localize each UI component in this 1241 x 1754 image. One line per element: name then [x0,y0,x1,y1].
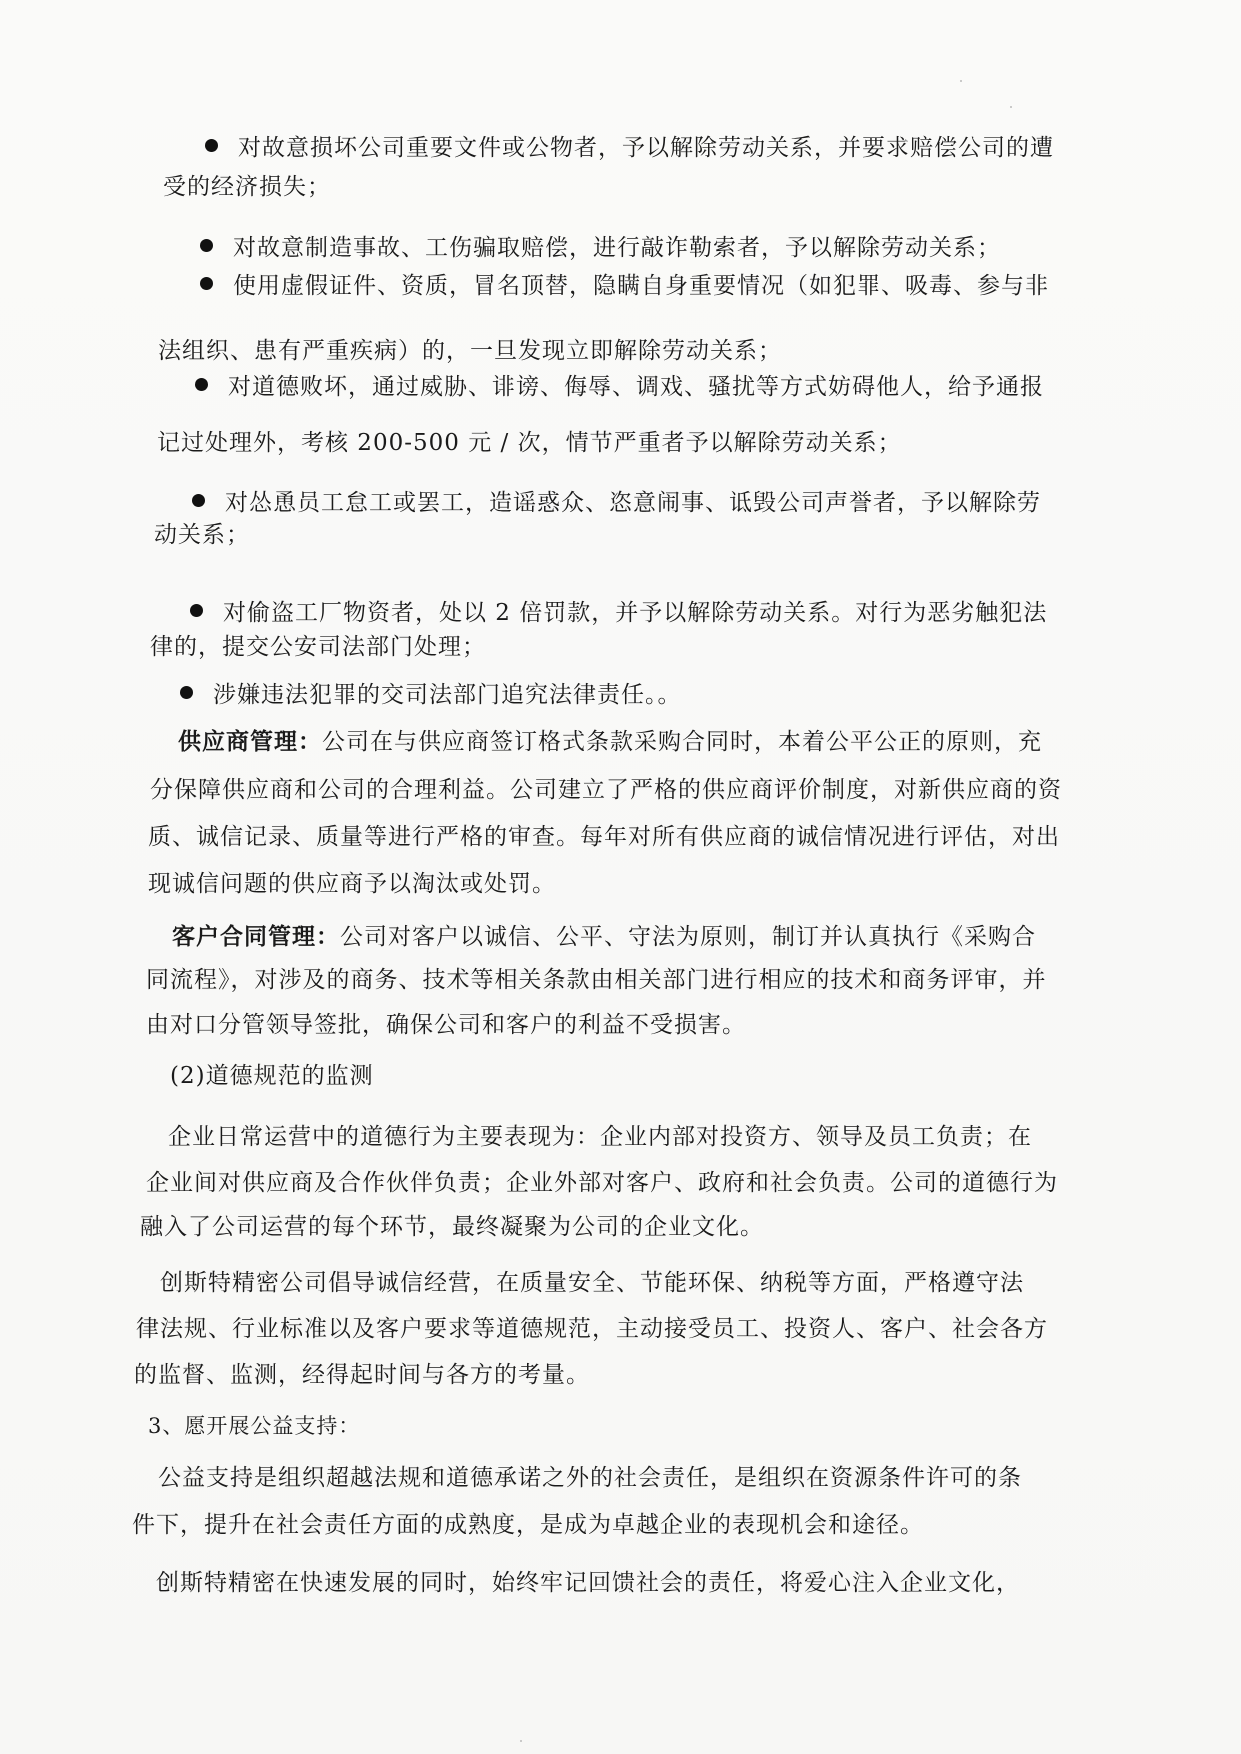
supplier-paragraph: 供应商管理：公司在与供应商签订格式条款采购合同时，本着公平公正的原则，充 [178,727,1042,757]
bullet-icon [195,378,208,391]
text-line: 分保障供应商和公司的合理利益。公司建立了严格的供应商评价制度，对新供应商的资 [150,775,1062,805]
text-line: 件下，提升在社会责任方面的成熟度，是成为卓越企业的表现机会和途径。 [132,1510,924,1540]
bullet-item: 对故意损坏公司重要文件或公物者，予以解除劳动关系，并要求赔偿公司的遭 [205,133,1054,163]
text-line: 对怂恿员工怠工或罢工，造谣惑众、恣意闹事、诋毁公司声誉者，予以解除劳 [225,490,1041,516]
text-line: 企业日常运营中的道德行为主要表现为：企业内部对投资方、领导及员工负责；在 [168,1122,1032,1152]
text-line: 公司对客户以诚信、公平、守法为原则，制订并认真执行《采购合 [340,924,1036,950]
text-line: 对故意损坏公司重要文件或公物者，予以解除劳动关系，并要求赔偿公司的遭 [238,135,1054,161]
bullet-icon [192,494,205,507]
bullet-icon [190,604,203,617]
section-heading: (2)道德规范的监测 [170,1061,374,1091]
text-line: 现诚信问题的供应商予以淘汰或处罚。 [148,869,556,899]
text-line: 受的经济损失； [163,172,331,202]
customer-paragraph: 客户合同管理：公司对客户以诚信、公平、守法为原则，制订并认真执行《采购合 [172,922,1036,952]
text-line: 创斯特精密公司倡导诚信经营，在质量安全、节能环保、纳税等方面，严格遵守法 [160,1268,1024,1298]
text-line: 律法规、行业标准以及客户要求等道德规范，主动接受员工、投资人、客户、社会各方 [136,1314,1048,1344]
bullet-icon [205,139,218,152]
scan-speck [905,140,907,142]
text-line: 企业间对供应商及合作伙伴负责；企业外部对客户、政府和社会负责。公司的道德行为 [146,1168,1058,1198]
text-line: 公司在与供应商签订格式条款采购合同时，本着公平公正的原则，充 [322,729,1042,755]
text-line: 的监督、监测，经得起时间与各方的考量。 [134,1360,590,1390]
text-line: 法组织、患有严重疾病）的，一旦发现立即解除劳动关系； [158,336,782,366]
supplier-label: 供应商管理： [178,728,322,755]
section-heading: 3、愿开展公益支持： [148,1411,360,1441]
text-line: 动关系； [154,520,250,550]
scan-speck [960,80,962,82]
text-line: 使用虚假证件、资质，冒名顶替，隐瞒自身重要情况（如犯罪、吸毒、参与非 [233,273,1049,299]
bullet-item: 对怂恿员工怠工或罢工，造谣惑众、恣意闹事、诋毁公司声誉者，予以解除劳 [192,488,1041,518]
text-line: 融入了公司运营的每个环节，最终凝聚为公司的企业文化。 [140,1212,764,1242]
text-line: 同流程》，对涉及的商务、技术等相关条款由相关部门进行相应的技术和商务评审，并 [146,965,1047,995]
text-line: 公益支持是组织超越法规和道德承诺之外的社会责任，是组织在资源条件许可的条 [158,1463,1022,1493]
document-page: 对故意损坏公司重要文件或公物者，予以解除劳动关系，并要求赔偿公司的遭 受的经济损… [0,0,1241,1754]
text-line: 对故意制造事故、工伤骗取赔偿，进行敲诈勒索者，予以解除劳动关系； [233,235,1001,261]
text-line: 对偷盗工厂物资者，处以 2 倍罚款，并予以解除劳动关系。对行为恶劣触犯法 [223,600,1047,626]
scan-speck [520,1740,522,1742]
bullet-item: 对偷盗工厂物资者，处以 2 倍罚款，并予以解除劳动关系。对行为恶劣触犯法 [190,598,1047,628]
text-line: 律的，提交公安司法部门处理； [150,632,486,662]
text-line: 记过处理外，考核 200-500 元 / 次，情节严重者予以解除劳动关系； [157,428,902,458]
bullet-icon [200,239,213,252]
text-line: 由对口分管领导签批，确保公司和客户的利益不受损害。 [146,1010,746,1040]
bullet-item: 涉嫌违法犯罪的交司法部门追究法律责任。。 [180,680,682,710]
bullet-icon [180,686,193,699]
customer-label: 客户合同管理： [172,923,340,950]
bullet-item: 对道德败坏，通过威胁、诽谤、侮辱、调戏、骚扰等方式妨碍他人，给予通报 [195,372,1044,402]
text-line: 创斯特精密在快速发展的同时，始终牢记回馈社会的责任，将爱心注入企业文化， [156,1568,1020,1598]
scan-speck [1010,106,1012,108]
bullet-item: 使用虚假证件、资质，冒名顶替，隐瞒自身重要情况（如犯罪、吸毒、参与非 [200,271,1049,301]
text-line: 质、诚信记录、质量等进行严格的审查。每年对所有供应商的诚信情况进行评估，对出 [148,822,1060,852]
text-line: 对道德败坏，通过威胁、诽谤、侮辱、调戏、骚扰等方式妨碍他人，给予通报 [228,374,1044,400]
bullet-item: 对故意制造事故、工伤骗取赔偿，进行敲诈勒索者，予以解除劳动关系； [200,233,1001,263]
bullet-icon [200,277,213,290]
text-line: 涉嫌违法犯罪的交司法部门追究法律责任。。 [213,682,682,708]
